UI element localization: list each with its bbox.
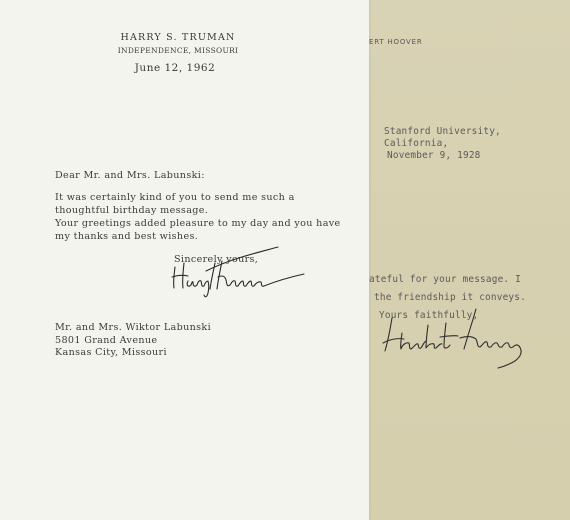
truman-paragraph-line: my thanks and best wishes.: [55, 231, 341, 244]
hoover-letterhead: ERT HOOVER: [369, 38, 423, 46]
truman-letterhead-place: INDEPENDENCE, MISSOURI: [0, 46, 356, 55]
hoover-date: November 9, 1928: [384, 150, 501, 162]
truman-paragraph-line: Your greetings added pleasure to my day …: [55, 218, 341, 231]
hoover-body-line: the friendship it conveys.: [369, 292, 526, 304]
truman-paragraph: Your greetings added pleasure to my day …: [55, 218, 341, 243]
truman-recipient-address: Mr. and Mrs. Wiktor Labunski 5801 Grand …: [55, 322, 211, 360]
truman-paragraph-line: thoughtful birthday message.: [55, 205, 295, 218]
truman-paragraph: It was certainly kind of you to send me …: [55, 192, 295, 217]
recipient-name: Mr. and Mrs. Wiktor Labunski: [55, 322, 211, 335]
hoover-signature: [378, 305, 538, 370]
hoover-address-line: Stanford University,: [384, 126, 501, 138]
truman-paragraph-line: It was certainly kind of you to send me …: [55, 192, 295, 205]
hoover-letter: [369, 0, 570, 520]
hoover-body-line: ateful for your message. I: [369, 274, 526, 286]
truman-signature: [170, 245, 310, 300]
hoover-address: Stanford University, California, Novembe…: [384, 126, 501, 162]
recipient-street: 5801 Grand Avenue: [55, 335, 211, 348]
truman-letterhead-name: HARRY S. TRUMAN: [0, 32, 356, 43]
truman-date: June 12, 1962: [0, 62, 350, 74]
hoover-address-line: California,: [384, 138, 501, 150]
recipient-city: Kansas City, Missouri: [55, 347, 211, 360]
truman-salutation: Dear Mr. and Mrs. Labunski:: [55, 170, 205, 183]
